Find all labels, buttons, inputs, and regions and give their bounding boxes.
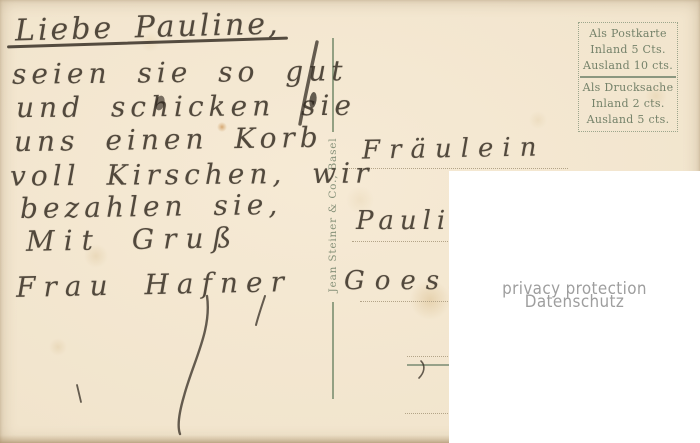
privacy-text-de: Datenschutz [459, 296, 690, 309]
address-recipient-handwriting: Fräulein [362, 132, 546, 165]
privacy-overlay: privacy protection Datenschutz [449, 171, 700, 443]
postcard-back: Liebe Pauline, seien sie so gut und schi… [0, 0, 700, 443]
